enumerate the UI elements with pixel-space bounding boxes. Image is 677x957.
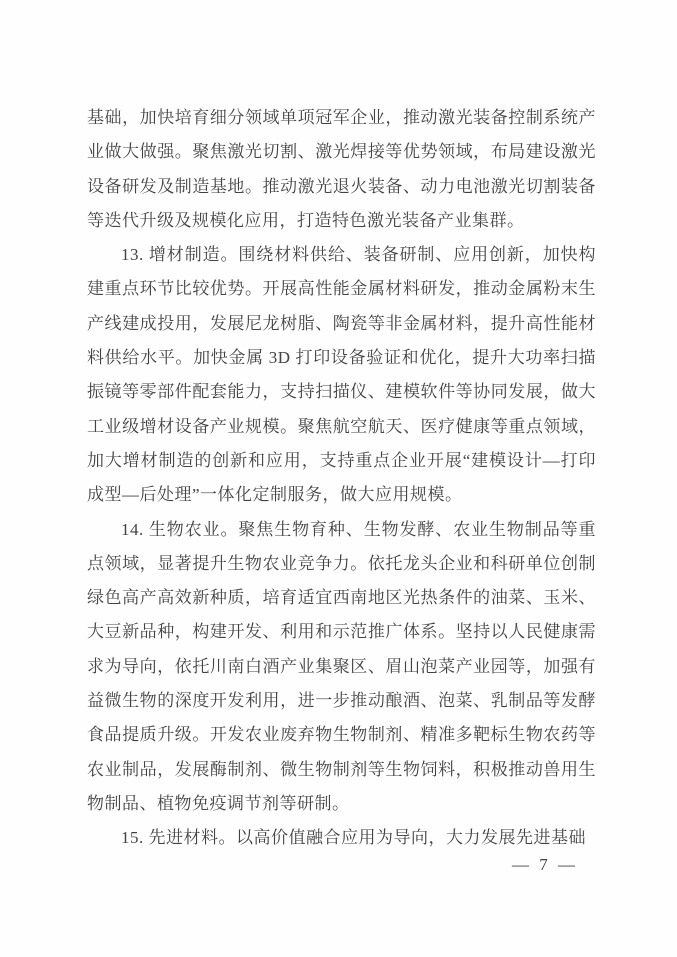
page-number: — 7 — — [512, 855, 578, 875]
document-body: 基础，加快培育细分领域单项冠军企业，推动激光装备控制系统产业做大做强。聚焦激光切… — [87, 101, 596, 856]
document-page: 基础，加快培育细分领域单项冠军企业，推动激光装备控制系统产业做大做强。聚焦激光切… — [0, 0, 677, 957]
paragraph-continuation: 基础，加快培育细分领域单项冠军企业，推动激光装备控制系统产业做大做强。聚焦激光切… — [87, 101, 596, 238]
paragraph-item-14-biological-agriculture: 14. 生物农业。聚焦生物育种、生物发酵、农业生物制品等重点领域，显著提升生物农… — [87, 513, 596, 822]
paragraph-item-15-advanced-materials: 15. 先进材料。以高价值融合应用为导向，大力发展先进基础 — [87, 821, 596, 855]
paragraph-item-13-additive-manufacturing: 13. 增材制造。围绕材料供给、装备研制、应用创新，加快构建重点环节比较优势。开… — [87, 238, 596, 512]
